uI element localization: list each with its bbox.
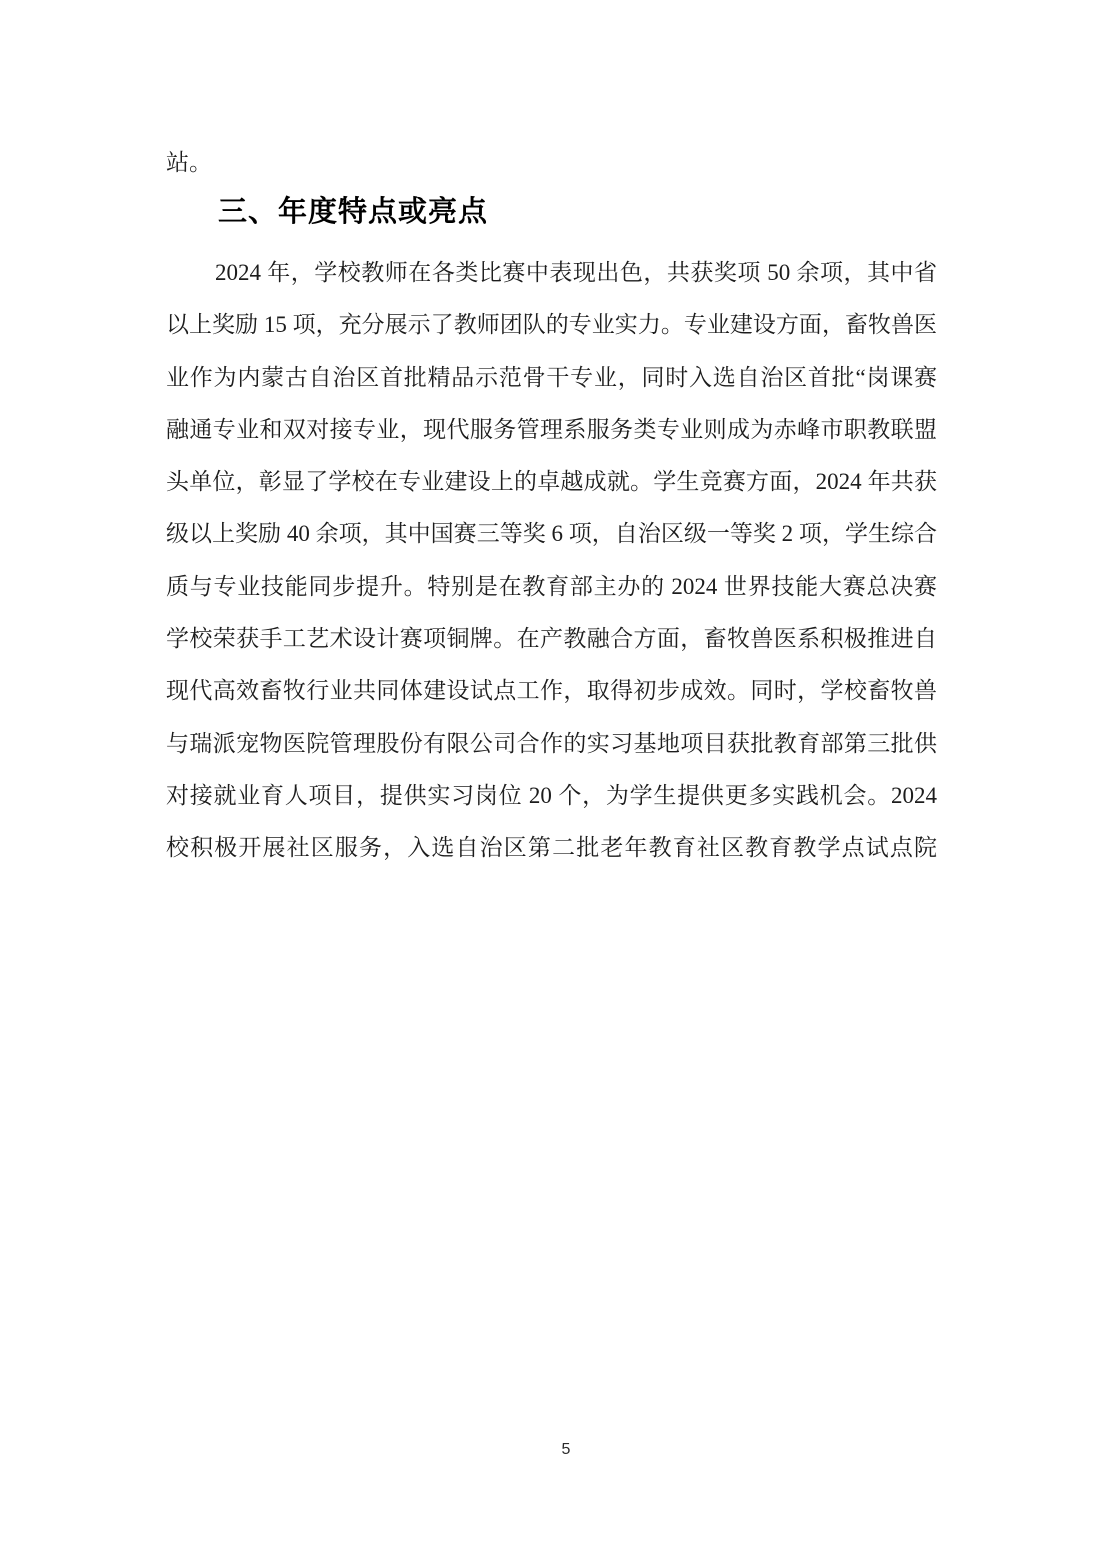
- document-page: 站。 三、年度特点或亮点 2024 年，学校教师在各类比赛中表现出色，共获奖项 …: [0, 0, 1102, 1559]
- page-number: 5: [0, 1440, 1102, 1460]
- paragraph-line: 质与专业技能同步提升。特别是在教育部主办的 2024 世界技能大赛总决赛中，: [166, 561, 937, 613]
- paragraph-line: 现代高效畜牧行业共同体建设试点工作，取得初步成效。同时，学校畜牧兽医系: [166, 665, 937, 717]
- paragraph-line: 对接就业育人项目，提供实习岗位 20 个，为学生提供更多实践机会。2024 年学: [166, 770, 937, 822]
- paragraph-line: 业作为内蒙古自治区首批精品示范骨干专业，同时入选自治区首批“岗课赛证”: [166, 352, 937, 404]
- continuation-text: 站。: [166, 148, 212, 178]
- paragraph-line: 头单位，彰显了学校在专业建设上的卓越成就。学生竞赛方面，2024 年共获市: [166, 456, 937, 508]
- paragraph-line: 级以上奖励 40 余项，其中国赛三等奖 6 项，自治区级一等奖 2 项，学生综合…: [166, 508, 937, 560]
- section-heading: 三、年度特点或亮点: [218, 194, 488, 230]
- paragraph-line: 融通专业和双对接专业，现代服务管理系服务类专业则成为赤峰市职教联盟的牵: [166, 404, 937, 456]
- paragraph-line: 以上奖励 15 项，充分展示了教师团队的专业实力。专业建设方面，畜牧兽医专: [166, 299, 937, 351]
- paragraph-line: 学校荣获手工艺术设计赛项铜牌。在产教融合方面，畜牧兽医系积极推进自治区: [166, 613, 937, 665]
- paragraph-line: 与瑞派宠物医院管理股份有限公司合作的实习基地项目获批教育部第三批供需: [166, 718, 937, 770]
- body-paragraph: 2024 年，学校教师在各类比赛中表现出色，共获奖项 50 余项，其中省级及 以…: [166, 247, 937, 875]
- paragraph-line: 校积极开展社区服务，入选自治区第二批老年教育社区教育教学点试点院校。: [166, 822, 937, 874]
- paragraph-line: 2024 年，学校教师在各类比赛中表现出色，共获奖项 50 余项，其中省级及: [166, 247, 937, 299]
